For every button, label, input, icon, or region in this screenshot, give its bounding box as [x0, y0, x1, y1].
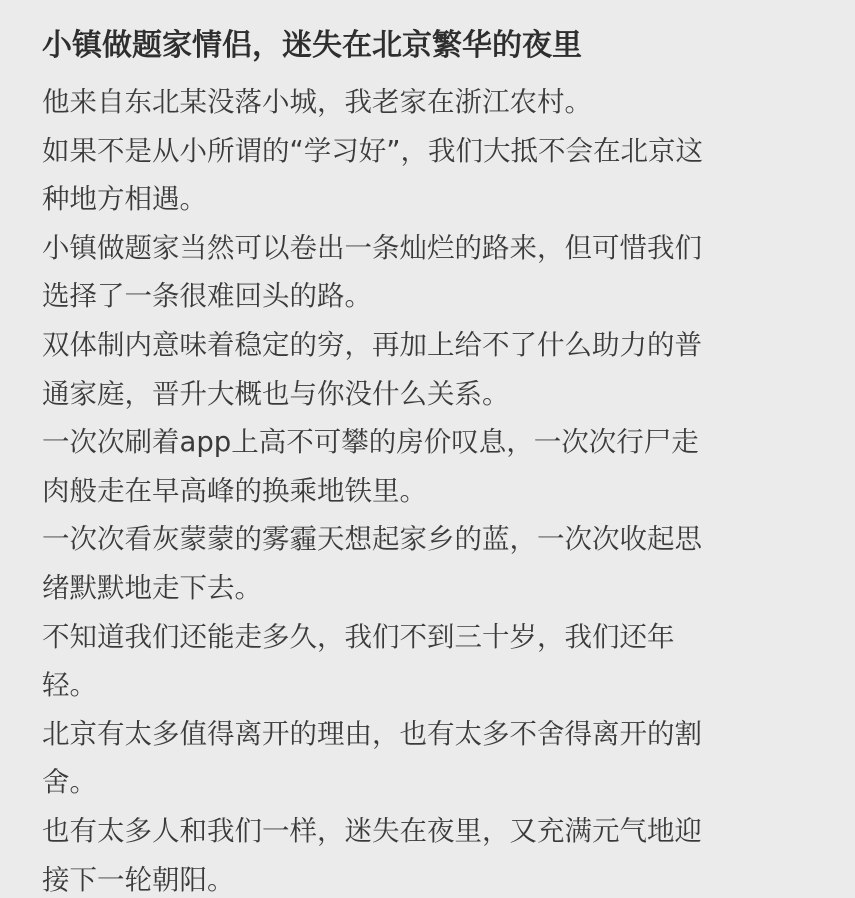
paragraph-line: 如果不是从小所谓的“学习好”，我们大抵不会在北京这 — [42, 127, 822, 176]
paragraph-line: 他来自东北某没落小城，我老家在浙江农村。 — [42, 78, 822, 127]
paragraph-line: 北京有太多值得离开的理由，也有太多不舍得离开的割 — [42, 710, 822, 759]
paragraph-line: 小镇做题家当然可以卷出一条灿烂的路来，但可惜我们 — [42, 224, 822, 273]
paragraph-line: 一次次刷着app上高不可攀的房价叹息，一次次行尸走 — [42, 418, 822, 467]
paragraph-line: 轻。 — [42, 661, 822, 710]
paragraph-2: 如果不是从小所谓的“学习好”，我们大抵不会在北京这 种地方相遇。 — [42, 127, 822, 224]
paragraph-line: 通家庭，晋升大概也与你没什么关系。 — [42, 370, 822, 419]
paragraph-8: 北京有太多值得离开的理由，也有太多不舍得离开的割 舍。 — [42, 710, 822, 807]
paragraph-9: 也有太多人和我们一样，迷失在夜里，又充满元气地迎 接下一轮朝阳。 — [42, 807, 822, 898]
paragraph-line: 舍。 — [42, 758, 822, 807]
article-title: 小镇做题家情侣，迷失在北京繁华的夜里 — [42, 20, 822, 72]
paragraph-4: 双体制内意味着稳定的穷，再加上给不了什么助力的普 通家庭，晋升大概也与你没什么关… — [42, 321, 822, 418]
paragraph-3: 小镇做题家当然可以卷出一条灿烂的路来，但可惜我们 选择了一条很难回头的路。 — [42, 224, 822, 321]
paragraph-line: 选择了一条很难回头的路。 — [42, 272, 822, 321]
paragraph-1: 他来自东北某没落小城，我老家在浙江农村。 — [42, 78, 822, 127]
paragraph-line: 肉般走在早高峰的换乘地铁里。 — [42, 467, 822, 516]
paragraph-line: 绪默默地走下去。 — [42, 564, 822, 613]
paragraph-line: 一次次看灰蒙蒙的雾霾天想起家乡的蓝，一次次收起思 — [42, 515, 822, 564]
paragraph-7: 不知道我们还能走多久，我们不到三十岁，我们还年 轻。 — [42, 613, 822, 710]
paragraph-6: 一次次看灰蒙蒙的雾霾天想起家乡的蓝，一次次收起思 绪默默地走下去。 — [42, 515, 822, 612]
paragraph-line: 也有太多人和我们一样，迷失在夜里，又充满元气地迎 — [42, 807, 822, 856]
paragraph-line: 接下一轮朝阳。 — [42, 856, 822, 898]
paragraph-5: 一次次刷着app上高不可攀的房价叹息，一次次行尸走 肉般走在早高峰的换乘地铁里。 — [42, 418, 822, 515]
paragraph-line: 不知道我们还能走多久，我们不到三十岁，我们还年 — [42, 613, 822, 662]
paragraph-line: 种地方相遇。 — [42, 175, 822, 224]
paragraph-line: 双体制内意味着稳定的穷，再加上给不了什么助力的普 — [42, 321, 822, 370]
article: 小镇做题家情侣，迷失在北京繁华的夜里 他来自东北某没落小城，我老家在浙江农村。 … — [42, 20, 822, 898]
